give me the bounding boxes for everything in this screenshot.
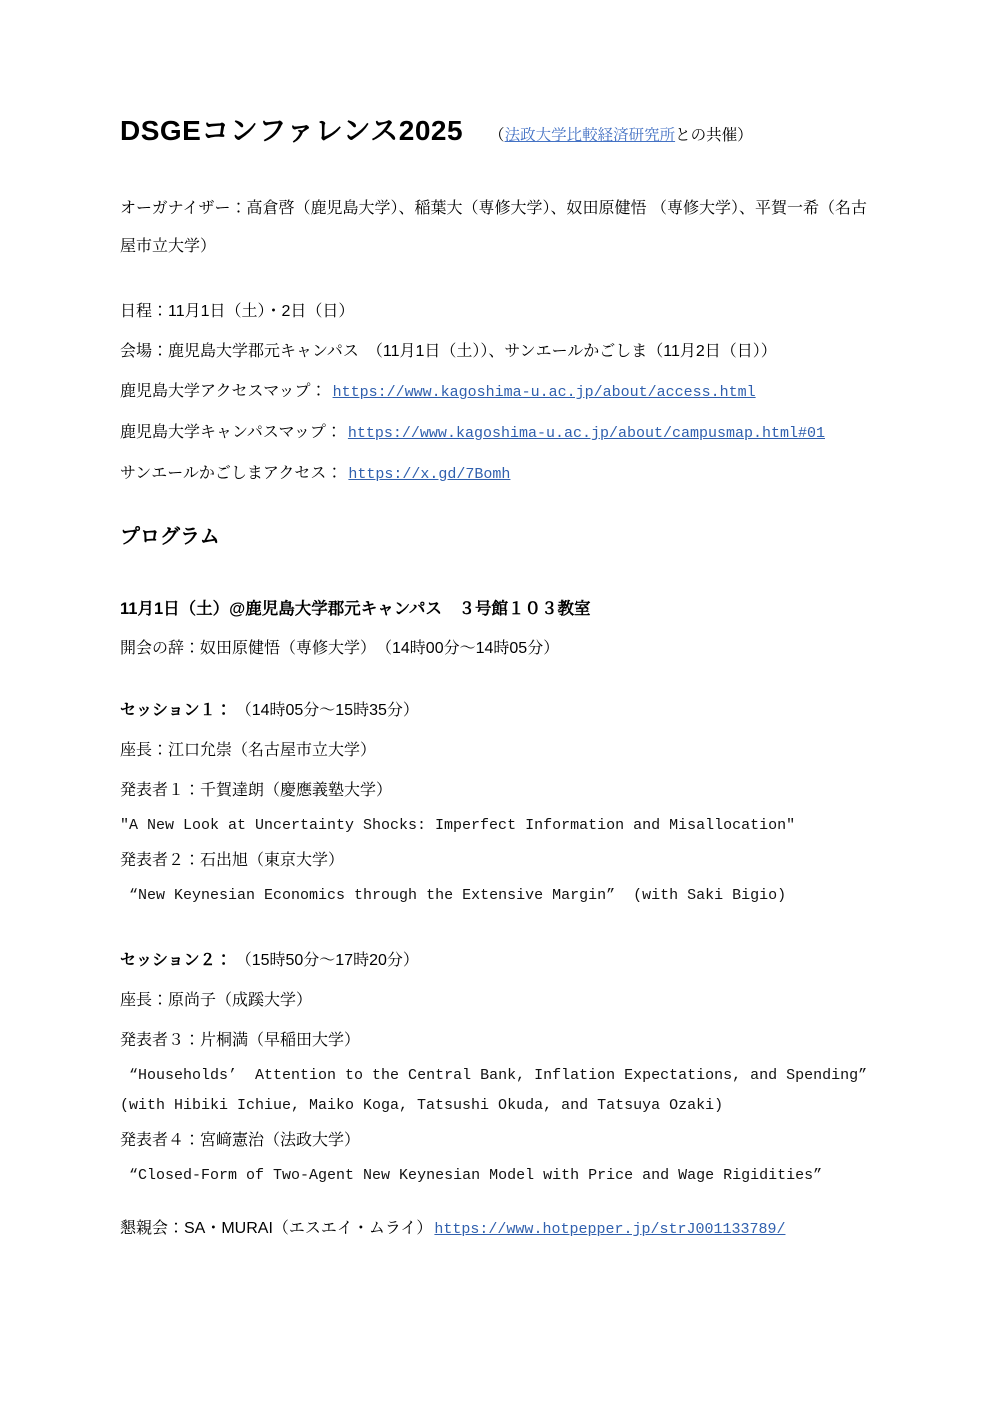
session-2-chair: 座長：原尚子（成蹊大学） xyxy=(120,981,882,1021)
session-2-title: セッション２： xyxy=(120,952,232,969)
session-1-heading: セッション１：（14時05分～15時35分） xyxy=(120,691,882,731)
session-1-paper-2: “New Keynesian Economics through the Ext… xyxy=(120,881,882,911)
session-1-title: セッション１： xyxy=(120,702,232,719)
session-2-time: （15時50分～17時20分） xyxy=(232,952,419,969)
session-1-presenter-1: 発表者１：千賀達朗（慶應義塾大学） xyxy=(120,771,882,811)
opening-remarks-line: 開会の辞：奴田原健悟（専修大学） （14時00分～14時05分） xyxy=(120,629,882,669)
kagoshima-campus-map-label: 鹿児島大学キャンパスマップ： xyxy=(120,424,342,441)
session-1-time: （14時05分～15時35分） xyxy=(232,702,419,719)
sunele-access-row: サンエールかごしまアクセス：https://x.gd/7Bomh xyxy=(120,454,882,495)
session-2-block: セッション２：（15時50分～17時20分） 座長：原尚子（成蹊大学） 発表者３… xyxy=(120,941,882,1191)
title-note-suffix: との共催） xyxy=(675,127,753,144)
session-2-presenter-3: 発表者３：片桐満（早稲田大学） xyxy=(120,1021,882,1061)
session-2-presenter-4: 発表者４：宮﨑憲治（法政大学） xyxy=(120,1121,882,1161)
kagoshima-campus-map-row: 鹿児島大学キャンパスマップ：https://www.kagoshima-u.ac… xyxy=(120,413,882,454)
title-cohost-note: （法政大学比較経済研究所との共催） xyxy=(489,123,753,145)
info-block: 日程：11月1日（土）・2日（日） 会場：鹿児島大学郡元キャンパス （11月1日… xyxy=(120,292,882,495)
session-1-chair: 座長：江口允崇（名古屋市立大学） xyxy=(120,731,882,771)
kagoshima-access-map-row: 鹿児島大学アクセスマップ：https://www.kagoshima-u.ac.… xyxy=(120,372,882,413)
banquet-row: 懇親会：SA・MURAI（エスエイ・ムライ）https://www.hotpep… xyxy=(120,1209,882,1250)
day1-heading: 11月1日（土）@鹿児島大学郡元キャンパス ３号館１０３教室 xyxy=(120,589,882,629)
kagoshima-access-map-label: 鹿児島大学アクセスマップ： xyxy=(120,383,327,400)
banquet-link[interactable]: https://www.hotpepper.jp/strJ001133789/ xyxy=(434,1221,785,1238)
session-1-paper-1: ″A New Look at Uncertainty Shocks: Imper… xyxy=(120,811,882,841)
organizers-line: オーガナイザー：高倉啓（鹿児島大学）、稲葉大（専修大学）、奴田原健悟 （専修大学… xyxy=(120,190,882,266)
page-title: DSGEコンファレンス2025 xyxy=(120,112,463,150)
session-2-heading: セッション２：（15時50分～17時20分） xyxy=(120,941,882,981)
document-page: DSGEコンファレンス2025 （法政大学比較経済研究所との共催） オーガナイザ… xyxy=(0,0,1000,1413)
sunele-access-link[interactable]: https://x.gd/7Bomh xyxy=(348,466,510,483)
program-heading: プログラム xyxy=(120,517,882,557)
sunele-access-label: サンエールかごしまアクセス： xyxy=(120,465,342,482)
cohost-institute-link[interactable]: 法政大学比較経済研究所 xyxy=(505,127,676,144)
kagoshima-access-map-link[interactable]: https://www.kagoshima-u.ac.jp/about/acce… xyxy=(333,384,756,401)
title-note-prefix: （ xyxy=(489,127,505,144)
venue-line: 会場：鹿児島大学郡元キャンパス （11月1日（土））、サンエールかごしま（11月… xyxy=(120,332,882,372)
banquet-label: 懇親会：SA・MURAI（エスエイ・ムライ） xyxy=(120,1220,432,1237)
session-2-paper-4: “Closed-Form of Two-Agent New Keynesian … xyxy=(120,1161,882,1191)
kagoshima-campus-map-link[interactable]: https://www.kagoshima-u.ac.jp/about/camp… xyxy=(348,425,825,442)
session-1-presenter-2: 発表者２：石出旭（東京大学） xyxy=(120,841,882,881)
title-row: DSGEコンファレンス2025 （法政大学比較経済研究所との共催） xyxy=(120,112,882,150)
session-2-paper-3: “Households’ Attention to the Central Ba… xyxy=(120,1061,882,1121)
date-line: 日程：11月1日（土）・2日（日） xyxy=(120,292,882,332)
session-1-block: セッション１：（14時05分～15時35分） 座長：江口允崇（名古屋市立大学） … xyxy=(120,691,882,911)
